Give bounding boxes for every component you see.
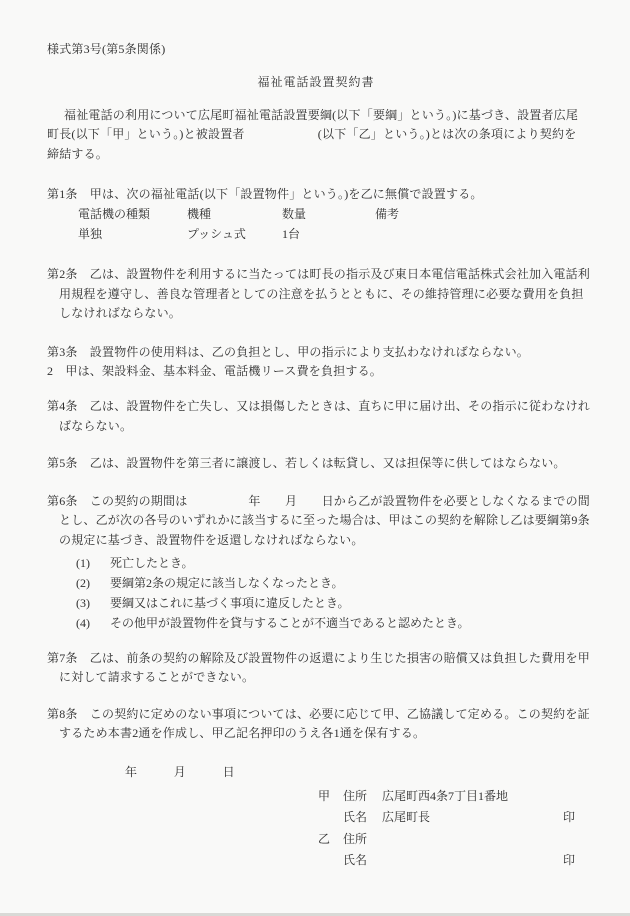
cell-model: プッシュ式	[187, 224, 282, 244]
seal-mark: 印	[563, 807, 583, 829]
signature-row-party-b-address: 乙 住所	[318, 829, 585, 851]
signature-block: 甲 住所 広尾町西4条7丁目1番地 氏名 広尾町長 印 乙 住所 氏名 印	[318, 786, 585, 872]
article-5: 第5条 乙は、設置物件を第三者に譲渡し、若しくは転貸し、又は担保等に供してはなら…	[47, 454, 585, 473]
item-number: (4)	[76, 613, 110, 633]
party-label-spacer	[318, 850, 343, 872]
equipment-table-header: 電話機の種類 機種 数量 備考	[78, 204, 585, 224]
name-field-label: 氏名	[343, 850, 382, 872]
contract-document: 様式第3号(第5条関係) 福祉電話設置契約書 福祉電話の利用について広尾町福祉電…	[0, 0, 630, 916]
article-8-text: 第8条 この契約に定めのない事項については、必要に応じて甲、乙協議して定める。こ…	[47, 705, 585, 724]
article-3-text: 第3条 設置物件の使用料は、乙の負担とし、甲の指示により支払わなければならない。	[47, 343, 585, 362]
item-number: (3)	[76, 593, 110, 613]
item-text: 要綱第2条の規定に該当しなくなったとき。	[110, 573, 344, 593]
article-6-text: とし、乙が次の各号のいずれかに該当するに至った場合は、甲はこの契約を解除し乙は要…	[47, 511, 585, 530]
column-header-phone-type: 電話機の種類	[78, 204, 187, 224]
cell-phone-type: 単独	[78, 224, 187, 244]
list-item: (4) その他甲が設置物件を貸与することが不適当であると認めたとき。	[76, 613, 585, 633]
article-7-text: に対して請求することができない。	[47, 668, 585, 687]
preamble-line: 締結する。	[47, 145, 585, 164]
party-label-spacer	[318, 807, 343, 829]
seal-placeholder	[563, 829, 583, 851]
article-3: 第3条 設置物件の使用料は、乙の負担とし、甲の指示により支払わなければならない。…	[47, 343, 585, 382]
list-item: (3) 要綱又はこれに基づく事項に違反したとき。	[76, 593, 585, 613]
form-number-label: 様式第3号(第5条関係)	[47, 40, 585, 59]
signature-row-party-b-name: 氏名 印	[318, 850, 585, 872]
signature-row-party-a-address: 甲 住所 広尾町西4条7丁目1番地	[318, 786, 585, 808]
preamble-line: 福祉電話の利用について広尾町福祉電話設置要綱(以下「要綱」という。)に基づき、設…	[47, 106, 585, 125]
address-field-label: 住所	[343, 829, 382, 851]
article-6-item-list: (1) 死亡したとき。 (2) 要綱第2条の規定に該当しなくなったとき。 (3)…	[76, 553, 585, 633]
preamble: 福祉電話の利用について広尾町福祉電話設置要綱(以下「要綱」という。)に基づき、設…	[47, 106, 585, 164]
address-field-value: 広尾町西4条7丁目1番地	[382, 786, 563, 808]
article-4-text: 第4条 乙は、設置物件を亡失し、又は損傷したときは、直ちに甲に届け出、その指示に…	[47, 397, 585, 416]
seal-mark: 印	[563, 850, 583, 872]
column-header-model: 機種	[187, 204, 282, 224]
list-item: (2) 要綱第2条の規定に該当しなくなったとき。	[76, 573, 585, 593]
name-field-value	[382, 850, 563, 872]
article-2: 第2条 乙は、設置物件を利用するに当たっては町長の指示及び東日本電信電話株式会社…	[47, 265, 585, 323]
article-6-text: の規定に基づき、設置物件を返還しなければならない。	[47, 531, 585, 550]
date-blank-line: 年 月 日	[125, 763, 585, 782]
equipment-table: 電話機の種類 機種 数量 備考 単独 プッシュ式 1台	[78, 204, 585, 244]
article-2-text: しなければならない。	[47, 304, 585, 323]
address-field-value	[382, 829, 563, 851]
article-1: 第1条 甲は、次の福祉電話(以下「設置物件」という。)を乙に無償で設置する。	[47, 185, 585, 204]
party-a-label: 甲	[318, 786, 343, 808]
column-header-remarks: 備考	[375, 204, 585, 224]
address-field-label: 住所	[343, 786, 382, 808]
signature-row-party-a-name: 氏名 広尾町長 印	[318, 807, 585, 829]
party-b-label: 乙	[318, 829, 343, 851]
article-6-text: 第6条 この契約の期間は 年 月 日から乙が設置物件を必要としなくなるまでの間	[47, 492, 585, 511]
list-item: (1) 死亡したとき。	[76, 553, 585, 573]
article-6: 第6条 この契約の期間は 年 月 日から乙が設置物件を必要としなくなるまでの間 …	[47, 492, 585, 633]
item-number: (1)	[76, 553, 110, 573]
article-2-text: 第2条 乙は、設置物件を利用するに当たっては町長の指示及び東日本電信電話株式会社…	[47, 265, 585, 284]
name-field-label: 氏名	[343, 807, 382, 829]
column-header-quantity: 数量	[282, 204, 375, 224]
article-7: 第7条 乙は、前条の契約の解除及び設置物件の返還により生じた損害の賠償又は負担し…	[47, 649, 585, 688]
article-3-clause-2: 2 甲は、架設料金、基本料金、電話機リース費を負担する。	[47, 362, 585, 381]
seal-placeholder	[563, 786, 583, 808]
cell-remarks	[375, 224, 585, 244]
cell-quantity: 1台	[282, 224, 375, 244]
article-4: 第4条 乙は、設置物件を亡失し、又は損傷したときは、直ちに甲に届け出、その指示に…	[47, 397, 585, 436]
equipment-table-row: 単独 プッシュ式 1台	[78, 224, 585, 244]
item-text: 要綱又はこれに基づく事項に違反したとき。	[110, 593, 350, 613]
document-title: 福祉電話設置契約書	[47, 73, 585, 92]
article-5-text: 第5条 乙は、設置物件を第三者に譲渡し、若しくは転貸し、又は担保等に供してはなら…	[47, 454, 585, 473]
article-2-text: 用規程を遵守し、善良な管理者としての注意を払うとともに、その維持管理に必要な費用…	[47, 285, 585, 304]
article-8: 第8条 この契約に定めのない事項については、必要に応じて甲、乙協議して定める。こ…	[47, 705, 585, 744]
item-number: (2)	[76, 573, 110, 593]
article-4-text: ばならない。	[47, 417, 585, 436]
preamble-line: 町長(以下「甲」という。)と被設置者 (以下「乙」という。)とは次の条項により契…	[47, 125, 585, 144]
item-text: その他甲が設置物件を貸与することが不適当であると認めたとき。	[110, 613, 470, 633]
name-field-value: 広尾町長	[382, 807, 563, 829]
article-1-text: 第1条 甲は、次の福祉電話(以下「設置物件」という。)を乙に無償で設置する。	[47, 185, 585, 204]
article-8-text: するため本書2通を作成し、甲乙記名押印のうえ各1通を保有する。	[47, 724, 585, 743]
item-text: 死亡したとき。	[110, 553, 194, 573]
article-7-text: 第7条 乙は、前条の契約の解除及び設置物件の返還により生じた損害の賠償又は負担し…	[47, 649, 585, 668]
